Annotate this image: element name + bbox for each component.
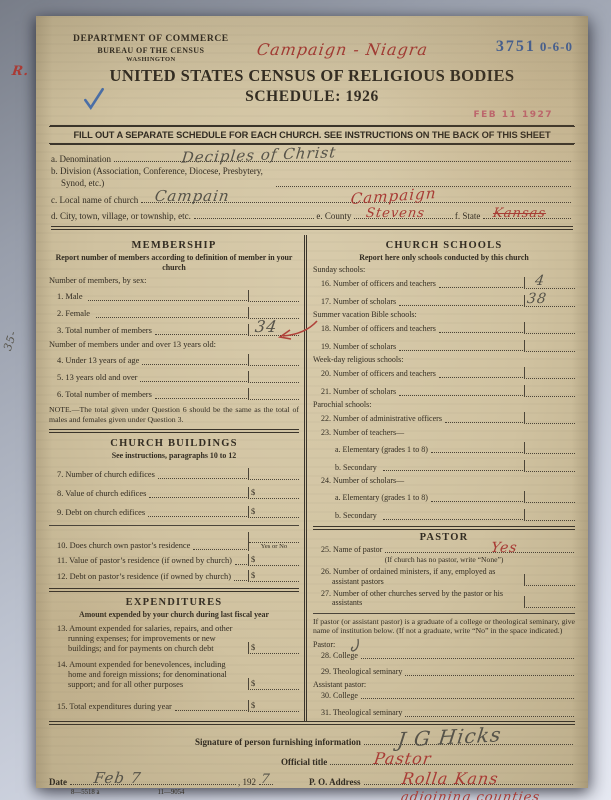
official-title-line: Pastor	[330, 757, 573, 765]
q21-answer	[524, 385, 575, 397]
q27-row: 27. Number of other churches served by t…	[313, 589, 575, 608]
q10-label: 10. Does church own pastor’s residence	[57, 541, 190, 551]
q16-row: 16. Number of officers and teachers 4	[313, 277, 575, 289]
po-address-handwritten: Rolla Kans	[400, 769, 499, 788]
official-title-label: Official title	[281, 757, 327, 767]
q17-row: 17. Number of scholars 38	[313, 295, 575, 307]
serial-number-stamp: 3751 0-6-0	[496, 38, 573, 56]
q6-answer	[248, 388, 299, 400]
form-title: UNITED STATES CENSUS OF RELIGIOUS BODIES	[49, 66, 575, 86]
received-date-stamp: FEB 11 1927	[474, 110, 554, 120]
q14-answer: $	[248, 678, 299, 690]
photo-backdrop: R. 35- DEPARTMENT OF COMMERCE BUREAU OF …	[0, 0, 611, 800]
right-column: CHURCH SCHOOLS Report here only schools …	[307, 235, 575, 721]
local-name-label: c. Local name of church	[51, 195, 138, 205]
adjoining-counties-annotation: adjoining counties	[400, 790, 541, 800]
date-group: Date Feb 7 , 192 7	[49, 777, 275, 787]
agency-line3: WASHINGTON	[73, 56, 229, 64]
q7-answer	[248, 468, 299, 480]
po-address-label: P. O. Address	[309, 777, 361, 787]
q17-answer: 38	[524, 295, 575, 307]
q10-answer: Yes or No	[248, 532, 299, 551]
q24b-answer	[524, 509, 575, 521]
field-city-county-state: d. City, town, village, or township, etc…	[51, 211, 573, 221]
q30-row: 30. College	[313, 691, 575, 700]
dollar-sign: $	[251, 679, 255, 689]
q24a-row: a. Elementary (grades 1 to 8)	[313, 491, 575, 503]
signature-label: Signature of person furnishing informati…	[195, 737, 361, 747]
q3-label: 3. Total number of members	[57, 326, 152, 336]
census-schedule-form: R. 35- DEPARTMENT OF COMMERCE BUREAU OF …	[36, 16, 588, 788]
county-label: e. County	[316, 211, 351, 221]
date-handwritten: Feb 7	[93, 769, 143, 787]
q18-answer	[524, 322, 575, 334]
field-local-name: c. Local name of church Campain Campaign	[51, 195, 573, 205]
weekday-schools-label: Week-day religious schools:	[313, 355, 575, 364]
city-line	[194, 211, 314, 219]
q16-label: 16. Number of officers and teachers	[321, 279, 436, 288]
q11-answer: $	[248, 554, 299, 566]
denomination-label: a. Denomination	[51, 154, 111, 164]
yes-or-no-hint: Yes or No	[249, 543, 299, 551]
q13-answer: $	[248, 642, 299, 654]
q12-answer: $	[248, 570, 299, 582]
official-title-handwritten: Pastor	[373, 749, 433, 768]
blue-checkmark-icon	[81, 86, 107, 112]
q2-label: 2. Female	[57, 309, 93, 319]
signature-handwritten: J G Hicks	[396, 723, 503, 752]
dollar-sign: $	[251, 643, 255, 653]
expenditures-subheading: Amount expended by your church during la…	[49, 610, 299, 619]
local-name-handwritten: Campain	[154, 187, 231, 205]
q17-handwritten-38: 38	[526, 291, 548, 308]
agency-line1: DEPARTMENT OF COMMERCE	[73, 34, 229, 46]
summer-schools-label: Summer vacation Bible schools:	[313, 310, 575, 319]
q24a-label: a. Elementary (grades 1 to 8)	[335, 493, 428, 502]
county-handwritten: Stevens	[365, 206, 426, 221]
q23b-answer	[524, 460, 575, 472]
q22-answer	[524, 412, 575, 424]
po-address-line: Rolla Kans	[364, 777, 573, 785]
q30-label: 30. College	[321, 691, 358, 700]
dollar-sign: $	[251, 507, 255, 517]
signature-line: J G Hicks	[364, 737, 573, 745]
assistant-pastor-label: Assistant pastor:	[313, 680, 575, 689]
q6-row: 6. Total number of members	[49, 388, 299, 400]
state-handwritten: Kansas	[492, 206, 547, 221]
q11-row: 11. Value of pastor’s residence (if owne…	[49, 554, 299, 566]
q19-label: 19. Number of scholars	[321, 342, 396, 351]
q24-row: 24. Number of scholars—	[313, 476, 575, 485]
dollar-sign: $	[251, 571, 255, 581]
q9-row: 9. Debt on church edifices $	[49, 506, 299, 518]
buildings-heading: CHURCH BUILDINGS	[49, 438, 299, 449]
q4-row: 4. Under 13 years of age	[49, 354, 299, 366]
q11-label: 11. Value of pastor’s residence (if owne…	[57, 556, 232, 566]
q26-label: 26. Number of ordained ministers, if any…	[321, 567, 520, 586]
county-line: Stevens	[354, 211, 453, 219]
q31-row: 31. Theological seminary	[313, 708, 575, 717]
divider	[49, 525, 299, 526]
q8-label: 8. Value of church edifices	[57, 489, 146, 499]
pencil-tick-mark	[349, 637, 361, 653]
form-subtitle: SCHEDULE: 1926	[49, 88, 575, 106]
q9-answer: $	[248, 506, 299, 518]
q1-label: 1. Male	[57, 292, 85, 302]
q23a-row: a. Elementary (grades 1 to 8)	[313, 442, 575, 454]
pastor-heading: PASTOR	[313, 532, 575, 543]
q15-row: 15. Total expenditures during year $	[49, 700, 299, 712]
q8-answer: $	[248, 487, 299, 499]
field-denomination: a. Denomination Deciples of Christ	[51, 154, 573, 164]
q4-answer	[248, 354, 299, 366]
membership-heading: MEMBERSHIP	[49, 240, 299, 251]
schools-heading: CHURCH SCHOOLS	[313, 240, 575, 251]
q22-label: 22. Number of administrative officers	[321, 414, 442, 423]
official-title-row: Official title Pastor	[281, 757, 575, 767]
membership-note: NOTE.—The total given under Question 6 s…	[49, 405, 299, 424]
section-divider	[51, 226, 573, 230]
q3-answer: 34	[248, 324, 299, 336]
year-prefix: , 192	[238, 777, 256, 787]
form-footer: Signature of person furnishing informati…	[49, 725, 575, 796]
state-line: Kansas	[483, 211, 571, 219]
q7-label: 7. Number of church edifices	[57, 470, 155, 480]
q17-label: 17. Number of scholars	[321, 297, 396, 306]
margin-annotation-35: 35-	[1, 329, 20, 353]
q25-hint: (If church has no pastor, write “None”)	[313, 555, 575, 564]
q23a-answer	[524, 442, 575, 454]
q31-label: 31. Theological seminary	[321, 708, 402, 717]
q24-label: 24. Number of scholars—	[321, 476, 404, 485]
local-name-line: Campain Campaign	[141, 195, 571, 203]
q20-label: 20. Number of officers and teachers	[321, 369, 436, 378]
q25-handwritten-yes: Yes	[490, 540, 519, 557]
q1-answer	[248, 290, 299, 302]
denomination-handwritten: Deciples of Christ	[181, 143, 338, 166]
q27-answer	[524, 596, 575, 608]
date-line: Feb 7	[70, 777, 236, 785]
q16-handwritten-4: 4	[534, 273, 546, 290]
q5-label: 5. 13 years old and over	[57, 373, 137, 383]
q5-answer	[248, 371, 299, 383]
divider	[313, 526, 575, 530]
q25-label: 25. Name of pastor	[321, 545, 382, 554]
divider	[49, 429, 299, 433]
membership-subheading: Report number of members according to de…	[49, 253, 299, 272]
q13-row: 13. Amount expended for salaries, repair…	[49, 624, 299, 654]
q4-label: 4. Under 13 years of age	[57, 356, 139, 366]
form-number-2: 11—9054	[158, 789, 185, 796]
margin-annotation-r: R.	[11, 64, 30, 79]
left-column: MEMBERSHIP Report number of members acco…	[49, 235, 304, 721]
q12-row: 12. Debt on pastor’s residence (if owned…	[49, 570, 299, 582]
q18-label: 18. Number of officers and teachers	[321, 324, 436, 333]
q14-row: 14. Amount expended for benevolences, in…	[49, 660, 299, 690]
q20-row: 20. Number of officers and teachers	[313, 367, 575, 379]
form-number-1: 8—5518 a	[71, 789, 100, 796]
q24b-row: b. Secondary	[313, 509, 575, 521]
date-label: Date	[49, 777, 67, 787]
q14-label: 14. Amount expended for benevolences, in…	[57, 660, 244, 690]
stamp-serial: 3751	[496, 38, 536, 55]
q19-answer	[524, 340, 575, 352]
q12-label: 12. Debt on pastor’s residence (if owned…	[57, 572, 231, 582]
q7-row: 7. Number of church edifices	[49, 468, 299, 480]
q23b-row: b. Secondary	[313, 460, 575, 472]
q23b-label: b. Secondary	[335, 463, 380, 472]
q23-row: 23. Number of teachers—	[313, 428, 575, 437]
form-header: DEPARTMENT OF COMMERCE BUREAU OF THE CEN…	[49, 26, 575, 126]
stamp-code: 0-6-0	[540, 39, 573, 54]
agency-line2: BUREAU OF THE CENSUS	[73, 46, 229, 56]
divider	[313, 613, 575, 614]
q16-answer: 4	[524, 277, 575, 289]
q21-label: 21. Number of scholars	[321, 387, 396, 396]
q15-answer: $	[248, 700, 299, 712]
q9-label: 9. Debt on church edifices	[57, 508, 145, 518]
year-line: 7	[259, 777, 273, 785]
red-annotation-church-names: Campaign - Niagra	[256, 40, 430, 59]
signature-row: Signature of person furnishing informati…	[195, 737, 575, 747]
dollar-sign: $	[251, 488, 255, 498]
schools-subheading: Report here only schools conducted by th…	[313, 253, 575, 262]
parochial-schools-label: Parochial schools:	[313, 400, 575, 409]
red-arrow-annotation	[275, 318, 319, 342]
q23-label: 23. Number of teachers—	[321, 428, 404, 437]
city-label: d. City, town, village, or township, etc…	[51, 211, 191, 221]
q1-male-row: 1. Male	[49, 290, 299, 302]
graduate-instruction: If pastor (or assistant pastor) is a gra…	[313, 617, 575, 636]
q10-row: 10. Does church own pastor’s residence Y…	[49, 532, 299, 551]
q19-row: 19. Number of scholars	[313, 340, 575, 352]
division-label: b. Division (Association, Conference, Di…	[51, 166, 273, 189]
po-address-group: P. O. Address Rolla Kans adjoining count…	[309, 777, 575, 787]
q5-row: 5. 13 years old and over	[49, 371, 299, 383]
q29-label: 29. Theological seminary	[321, 667, 402, 676]
dollar-sign: $	[251, 701, 255, 711]
q22-row: 22. Number of administrative officers	[313, 412, 575, 424]
date-address-row: Date Feb 7 , 192 7 P. O. Address Rolla K…	[49, 777, 575, 787]
q25-row: 25. Name of pastor Yes	[313, 545, 575, 554]
dollar-sign: $	[251, 555, 255, 565]
identification-fields: a. Denomination Deciples of Christ b. Di…	[49, 144, 575, 230]
denomination-line: Deciples of Christ	[114, 154, 571, 162]
q13-label: 13. Amount expended for salaries, repair…	[57, 624, 244, 654]
q23a-label: a. Elementary (grades 1 to 8)	[335, 445, 428, 454]
q24a-answer	[524, 491, 575, 503]
form-columns: MEMBERSHIP Report number of members acco…	[49, 235, 575, 721]
q26-answer	[524, 574, 575, 586]
buildings-subheading: See instructions, paragraphs 10 to 12	[49, 451, 299, 460]
q27-label: 27. Number of other churches served by t…	[321, 589, 520, 608]
state-label: f. State	[455, 211, 481, 221]
expenditures-heading: EXPENDITURES	[49, 597, 299, 608]
q6-label: 6. Total number of members	[57, 390, 152, 400]
agency-block: DEPARTMENT OF COMMERCE BUREAU OF THE CEN…	[73, 34, 229, 64]
q15-label: 15. Total expenditures during year	[57, 702, 172, 712]
divider	[49, 588, 299, 592]
q3-total-row: 3. Total number of members 34	[49, 324, 299, 336]
q29-row: 29. Theological seminary	[313, 667, 575, 676]
year-handwritten: 7	[260, 772, 271, 787]
q24b-label: b. Secondary	[335, 511, 380, 520]
q20-answer	[524, 367, 575, 379]
members-by-sex-label: Number of members, by sex:	[49, 276, 299, 285]
instruction-banner: FILL OUT A SEPARATE SCHEDULE FOR EACH CH…	[49, 126, 575, 144]
q8-row: 8. Value of church edifices $	[49, 487, 299, 499]
q26-row: 26. Number of ordained ministers, if any…	[313, 567, 575, 586]
q21-row: 21. Number of scholars	[313, 385, 575, 397]
members-by-age-label: Number of members under and over 13 year…	[49, 340, 299, 349]
field-division: b. Division (Association, Conference, Di…	[51, 166, 573, 189]
q28-row: 28. College	[313, 651, 575, 660]
q18-row: 18. Number of officers and teachers	[313, 322, 575, 334]
